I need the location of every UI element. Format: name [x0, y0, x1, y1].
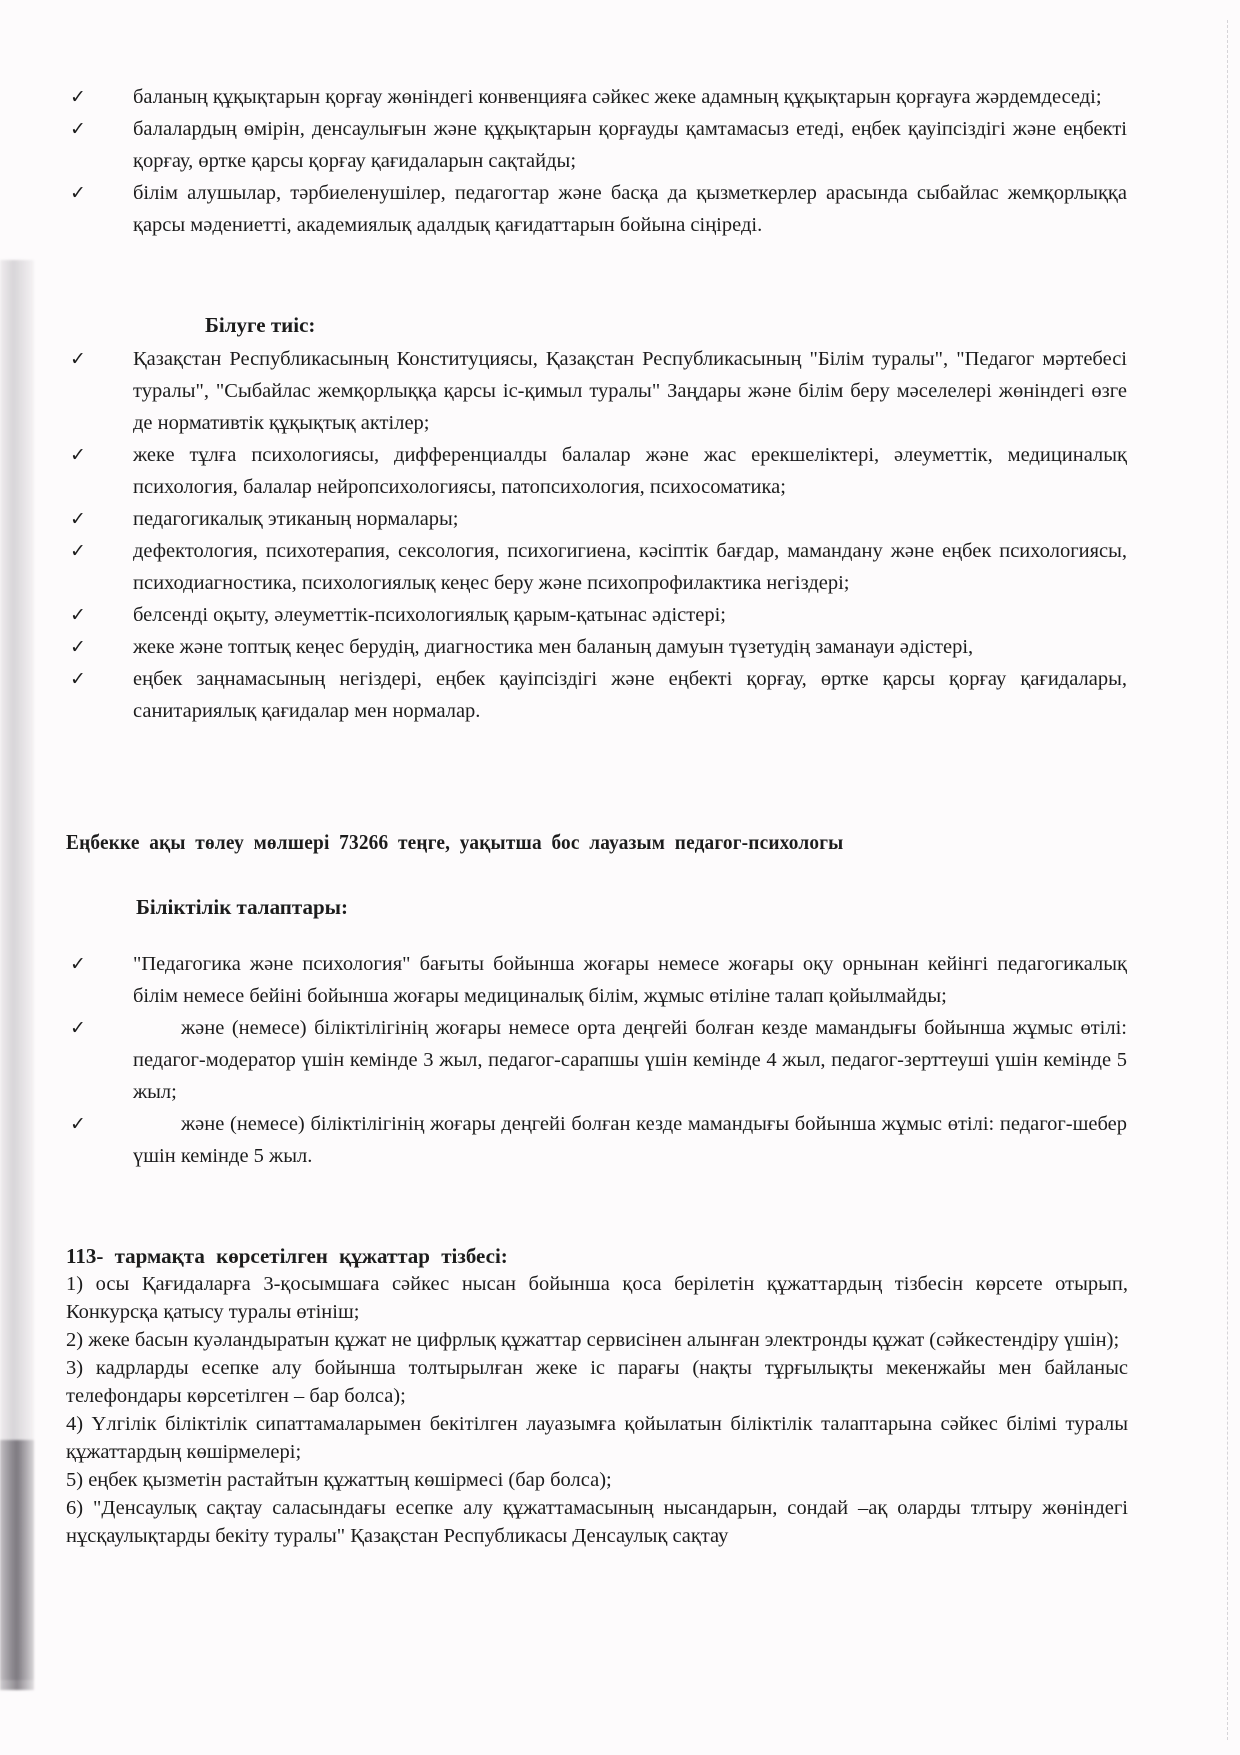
list-item: ✓жеке және топтық кеңес берудің, диагнос…	[0, 631, 1240, 663]
checkmark-icon: ✓	[70, 177, 86, 209]
documents-list: 1) осы Қағидаларға 3-қосымшаға сәйкес ны…	[66, 1270, 1128, 1550]
list-item: ✓баланың құқықтарын қорғау жөніндегі кон…	[0, 81, 1240, 113]
checkmark-icon: ✓	[70, 535, 86, 567]
list-item: ✓жеке тұлға психологиясы, дифференциалды…	[0, 439, 1240, 503]
documents-heading: 113- тармақта көрсетілген құжаттар тізбе…	[66, 1244, 508, 1269]
salary-line: Еңбекке ақы төлеу мөлшері 73266 теңге, у…	[66, 830, 1078, 855]
checkmark-icon: ✓	[70, 343, 86, 375]
checkmark-icon: ✓	[70, 948, 86, 980]
checkmark-icon: ✓	[70, 439, 86, 471]
list-item: 6) "Денсаулық сақтау саласындағы есепке …	[66, 1494, 1128, 1550]
must-know-heading: Білуге тиіс:	[205, 313, 315, 338]
checkmark-icon: ✓	[70, 1108, 86, 1140]
list-item: ✓және (немесе) біліктілігінің жоғары дең…	[0, 1108, 1240, 1172]
list-item: ✓белсенді оқыту, әлеуметтік-психологиялы…	[0, 599, 1240, 631]
qualification-list: ✓"Педагогика және психология" бағыты бой…	[0, 948, 1240, 1172]
list-item: 3) кадрларды есепке алу бойынша толтырыл…	[66, 1354, 1128, 1410]
checkmark-icon: ✓	[70, 1012, 86, 1044]
list-item: ✓"Педагогика және психология" бағыты бой…	[0, 948, 1240, 1012]
checkmark-icon: ✓	[70, 663, 86, 695]
checkmark-icon: ✓	[70, 503, 86, 535]
list-item: ✓дефектология, психотерапия, сексология,…	[0, 535, 1240, 599]
list-item: 2) жеке басын куәландыратын құжат не циф…	[66, 1326, 1128, 1354]
checkmark-icon: ✓	[70, 81, 86, 113]
checkmark-icon: ✓	[70, 599, 86, 631]
list-item: ✓және (немесе) біліктілігінің жоғары нем…	[0, 1012, 1240, 1108]
list-item: 4) Үлгілік біліктілік сипаттамаларымен б…	[66, 1410, 1128, 1466]
list-item: ✓еңбек заңнамасының негіздері, еңбек қау…	[0, 663, 1240, 727]
document-page: ✓баланың құқықтарын қорғау жөніндегі кон…	[0, 0, 1240, 1755]
list-item: 1) осы Қағидаларға 3-қосымшаға сәйкес ны…	[66, 1270, 1128, 1326]
list-item: 5) еңбек қызметін растайтын құжаттың көш…	[66, 1466, 1128, 1494]
checkmark-icon: ✓	[70, 113, 86, 145]
list-item: ✓білім алушылар, тәрбиеленушілер, педаго…	[0, 177, 1240, 241]
must-know-list: ✓Қазақстан Республикасының Конституциясы…	[0, 343, 1240, 727]
duties-list: ✓баланың құқықтарын қорғау жөніндегі кон…	[0, 81, 1240, 241]
list-item: ✓балалардың өмірін, денсаулығын және құқ…	[0, 113, 1240, 177]
list-item: ✓Қазақстан Республикасының Конституциясы…	[0, 343, 1240, 439]
checkmark-icon: ✓	[70, 631, 86, 663]
list-item: ✓педагогикалық этиканың нормалары;	[0, 503, 1240, 535]
qualification-heading: Біліктілік талаптары:	[136, 895, 348, 920]
